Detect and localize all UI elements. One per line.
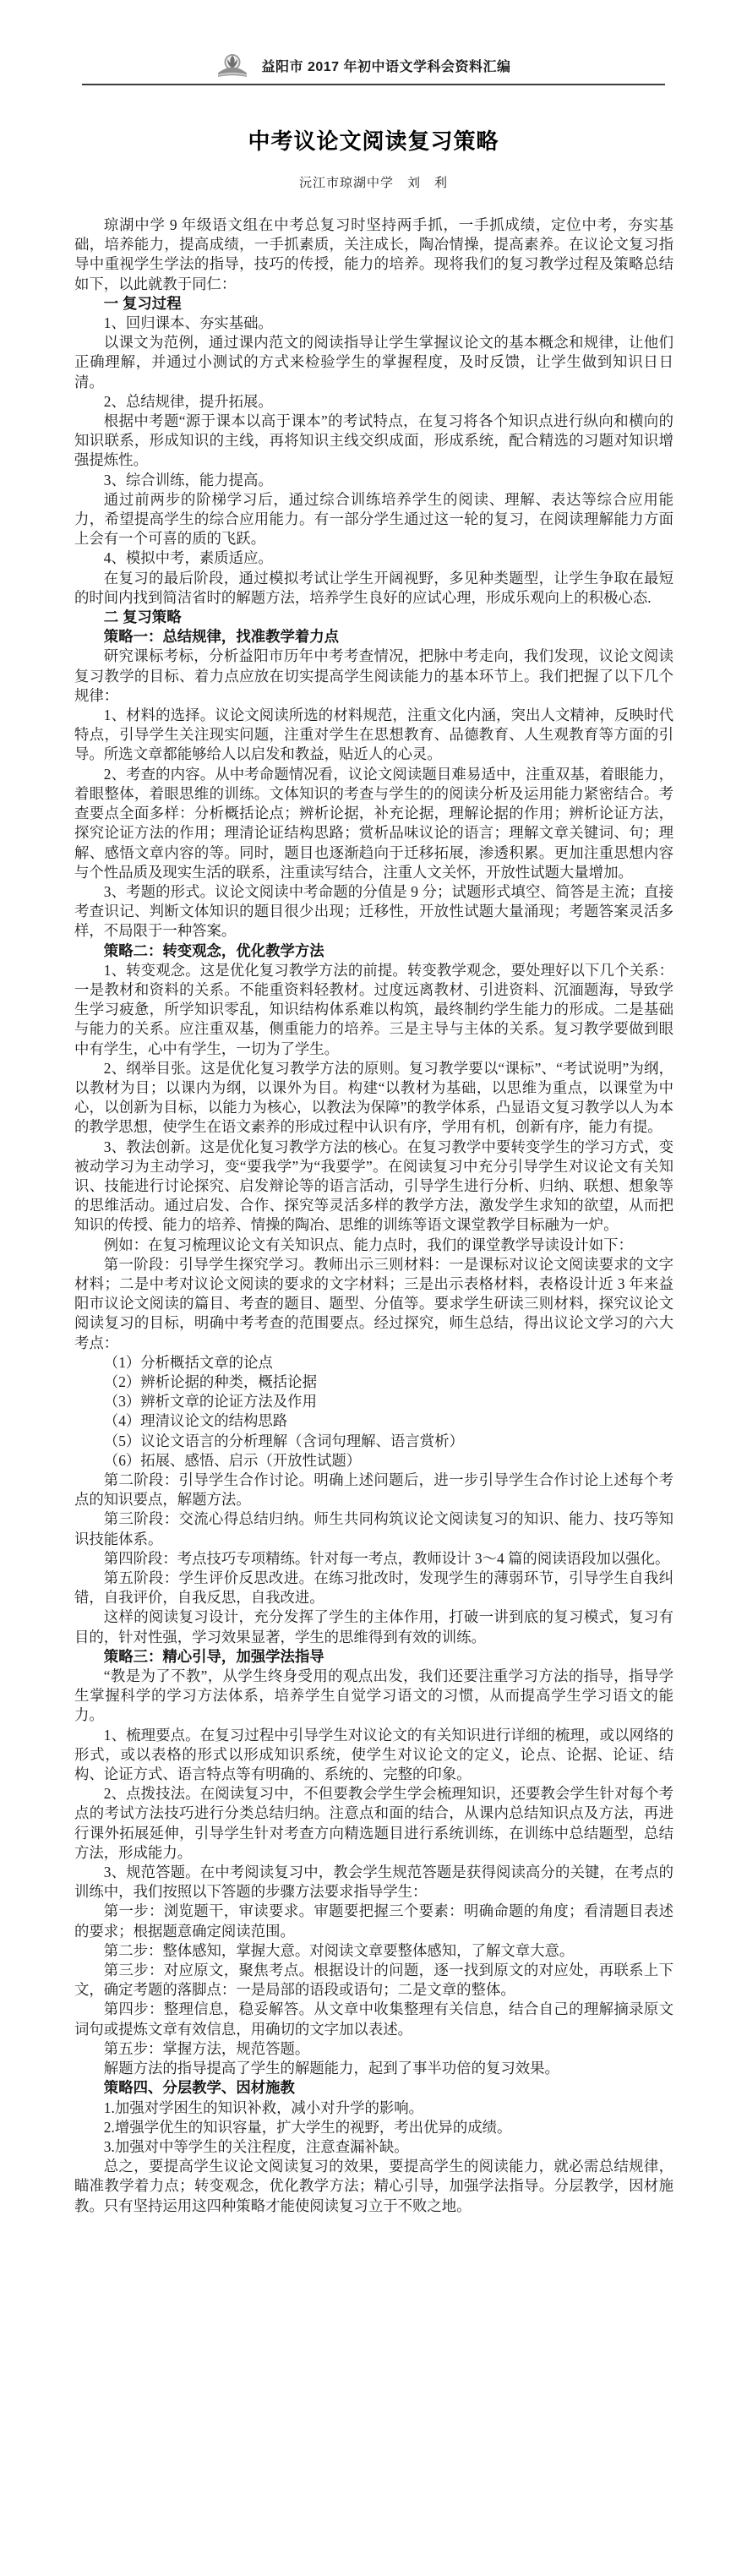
body-paragraph: （5）议论文语言的分析理解（含词句理解、语言赏析）	[74, 1432, 673, 1451]
body-paragraph: 以课文为范例，通过课内范文的阅读指导让学生掌握议论文的基本概念和规律，让他们正确…	[74, 333, 673, 392]
section-heading: 策略二：转变观念，优化教学方法	[74, 941, 673, 961]
body-paragraph: 第四阶段：考点技巧专项精练。针对每一考点，教师设计 3～4 篇的阅读语段加以强化…	[74, 1549, 673, 1569]
body-paragraph: 琼湖中学 9 年级语文组在中考总复习时坚持两手抓，一手抓成绩，定位中考，夯实基础…	[74, 216, 673, 294]
body-paragraph: 第三阶段：交流心得总结归纳。师生共同构筑议论文阅读复习的知识、能力、技巧等知识技…	[74, 1509, 673, 1548]
body-paragraph: 这样的阅读复习设计，充分发挥了学生的主体作用，打破一讲到底的复习模式，复习有目的…	[74, 1607, 673, 1646]
header-title: 益阳市 2017 年初中语文学科会资料汇编	[262, 56, 511, 75]
body-paragraph: 3.加强对中等学生的关注程度，注意查漏补缺。	[74, 2137, 673, 2157]
body-paragraph: 第五阶段：学生评价反思改进。在练习批改时，发现学生的薄弱环节，引导学生自我纠错，…	[74, 1569, 673, 1607]
page-header: 益阳市 2017 年初中语文学科会资料汇编	[0, 0, 747, 85]
body-paragraph: “教是为了不教”，从学生终身受用的观点出发，我们还要注重学习方法的指导，指导学生…	[74, 1667, 673, 1726]
body-paragraph: 2.增强学优生的知识容量，扩大学生的视野，考出优异的成绩。	[74, 2118, 673, 2137]
header-row: 益阳市 2017 年初中语文学科会资料汇编	[72, 52, 655, 78]
body-paragraph: 第三步：对应原文，聚焦考点。根据设计的问题，逐一找到原文的对应处，再联系上下文，…	[74, 1961, 673, 2000]
body-paragraph: 2、点拨技法。在阅读复习中，不但要教会学生学会梳理知识，还要教会学生针对每个考点…	[74, 1784, 673, 1863]
body-paragraph: 解题方法的指导提高了学生的解题能力，起到了事半功倍的复习效果。	[74, 2059, 673, 2078]
section-heading: 策略三：精心引导，加强学法指导	[74, 1647, 673, 1667]
body-paragraph: 通过前两步的阶梯学习后，通过综合训练培养学生的阅读、理解、表达等综合应用能力，希…	[74, 490, 673, 549]
body-paragraph: （1）分析概括文章的论点	[74, 1353, 673, 1373]
body-paragraph: 1、材料的选择。议论文阅读所选的材料规范，注重文化内涵，突出人文精神，反映时代特…	[74, 706, 673, 765]
body-paragraph: 3、考题的形式。议论文阅读中考命题的分值是 9 分；试题形式填空、简答是主流；直…	[74, 882, 673, 941]
document-page: 益阳市 2017 年初中语文学科会资料汇编 中考议论文阅读复习策略 沅江市琼湖中…	[0, 0, 747, 2576]
body-paragraph: 第一步：浏览题干，审读要求。审题要把握三个要素：明确命题的角度；看清题目表述的要…	[74, 1902, 673, 1940]
body-paragraph: 2、总结规律，提升拓展。	[74, 392, 673, 412]
body-paragraph: 2、纲举目张。这是优化复习教学方法的原则。复习教学要以“课标”、“考试说明”为纲…	[74, 1059, 673, 1138]
body-paragraph: 第一阶段：引导学生探究学习。教师出示三则材料：一是课标对议论文阅读要求的文字材料…	[74, 1255, 673, 1353]
body-paragraph: 第四步：整理信息，稳妥解答。从文章中收集整理有关信息，结合自己的理解摘录原文词句…	[74, 2000, 673, 2038]
body-paragraph: （3）辨析文章的论证方法及作用	[74, 1392, 673, 1411]
body-paragraph: 第二步：整体感知，掌握大意。对阅读文章要整体感知，了解文章大意。	[74, 1941, 673, 1961]
section-heading: 一 复习过程	[74, 294, 673, 314]
school-emblem-icon	[216, 52, 248, 78]
body-paragraph: 总之，要提高学生议论文阅读复习的效果，要提高学生的阅读能力，就必需总结规律，瞄准…	[74, 2157, 673, 2216]
document-body: 琼湖中学 9 年级语文组在中考总复习时坚持两手抓，一手抓成绩，定位中考，夯实基础…	[74, 216, 673, 2216]
body-paragraph: 第五步：掌握方法，规范答题。	[74, 2039, 673, 2059]
body-paragraph: 1.加强对学困生的知识补救，减小对升学的影响。	[74, 2098, 673, 2118]
body-paragraph: 1、回归课本、夯实基础。	[74, 314, 673, 333]
body-paragraph: （4）理清议论文的结构思路	[74, 1411, 673, 1431]
body-paragraph: 在复习的最后阶段，通过模拟考试让学生开阔视野，多见种类题型，让学生争取在最短的时…	[74, 569, 673, 608]
body-paragraph: 1、转变观念。这是优化复习教学方法的前提。转变教学观念，要处理好以下几个关系：一…	[74, 961, 673, 1059]
body-paragraph: 根据中考题“源于课本以高于课本”的考试特点，在复习将各个知识点进行纵向和横向的知…	[74, 412, 673, 471]
author-line: 沅江市琼湖中学 刘 利	[0, 175, 747, 192]
section-heading: 策略一：总结规律，找准教学着力点	[74, 627, 673, 647]
body-paragraph: 1、梳理要点。在复习过程中引导学生对议论文的有关知识进行详细的梳理，或以网络的形…	[74, 1726, 673, 1785]
section-heading: 二 复习策略	[74, 608, 673, 627]
body-paragraph: 3、教法创新。这是优化复习教学方法的核心。在复习教学中要转变学生的学习方式，变被…	[74, 1138, 673, 1236]
body-paragraph: 3、综合训练，能力提高。	[74, 471, 673, 490]
section-heading: 策略四、分层教学、因材施教	[74, 2078, 673, 2098]
body-paragraph: 研究课标考标，分析益阳市历年中考考查情况，把脉中考走向，我们发现，议论文阅读复习…	[74, 647, 673, 706]
document-title: 中考议论文阅读复习策略	[0, 128, 747, 155]
body-paragraph: （6）拓展、感悟、启示（开放性试题）	[74, 1451, 673, 1471]
body-paragraph: 2、考查的内容。从中考命题情况看，议论文阅读题目难易适中，注重双基，着眼能力，着…	[74, 765, 673, 882]
header-divider	[82, 84, 665, 85]
body-paragraph: （2）辨析论据的种类，概括论据	[74, 1373, 673, 1392]
body-paragraph: 例如：在复习梳理议论文有关知识点、能力点时，我们的课堂教学导读设计如下：	[74, 1236, 673, 1255]
body-paragraph: 第二阶段：引导学生合作讨论。明确上述问题后，进一步引导学生合作讨论上述每个考点的…	[74, 1471, 673, 1509]
body-paragraph: 3、规范答题。在中考阅读复习中，教会学生规范答题是获得阅读高分的关键，在考点的训…	[74, 1863, 673, 1902]
body-paragraph: 4、模拟中考，素质适应。	[74, 548, 673, 568]
